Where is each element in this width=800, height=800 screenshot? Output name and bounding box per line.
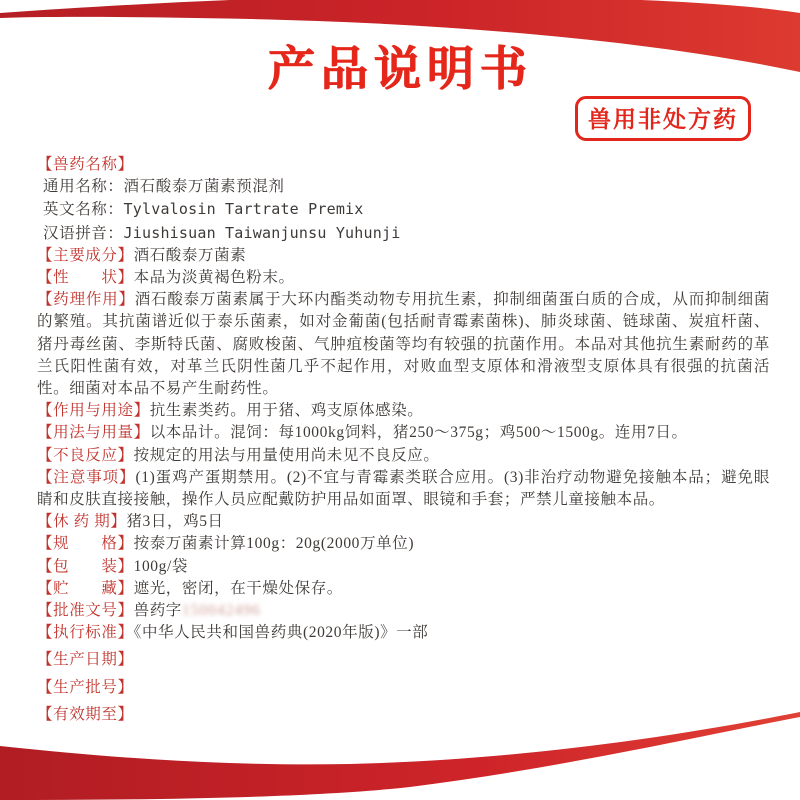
field-label: 【注意事项】	[37, 469, 135, 486]
spec-row: 【用法与用量】以本品计。混饲：每1000kg饲料，猪250～375g；鸡500～…	[37, 422, 770, 444]
page-title: 产品说明书	[0, 32, 800, 99]
field-label: 【性 状】	[37, 269, 134, 286]
field-label: 【休 药 期】	[37, 513, 126, 530]
spec-entries: 【主要成分】酒石酸泰万菌素【性 状】本品为淡黄褐色粉末。【药理作用】酒石酸泰万菌…	[37, 245, 770, 726]
field-label: 【用法与用量】	[37, 424, 150, 441]
field-label: 【药理作用】	[37, 291, 135, 308]
spec-row: 【作用与用途】抗生素类药。用于猪、鸡支原体感染。	[37, 400, 770, 422]
field-value: 本品为淡黄褐色粉末。	[134, 269, 295, 286]
spec-row: 【批准文号】兽药字150042496	[37, 600, 770, 622]
spec-row: 【药理作用】酒石酸泰万菌素属于大环内酯类动物专用抗生素，抑制细菌蛋白质的合成，从…	[37, 289, 770, 400]
field-label: 【生产日期】	[37, 651, 134, 668]
spec-row: 【生产批号】	[37, 677, 770, 699]
spec-row: 【包 装】100g/袋	[37, 556, 770, 578]
leaflet-body: 【兽药名称】 通用名称：酒石酸泰万菌素预混剂英文名称：Tylvalosin Ta…	[37, 154, 770, 726]
name-row-value: 酒石酸泰万菌素预混剂	[124, 178, 285, 195]
spec-row: 【不良反应】按规定的用法与用量使用尚未见不良反应。	[37, 445, 770, 467]
name-row: 英文名称：Tylvalosin Tartrate Premix	[37, 198, 770, 221]
field-label: 【有效期至】	[37, 706, 134, 723]
name-row-key: 通用名称：	[43, 178, 124, 195]
field-value: 酒石酸泰万菌素	[134, 247, 247, 264]
spec-row: 【贮 藏】遮光，密闭，在干燥处保存。	[37, 578, 770, 600]
field-label: 【兽药名称】	[37, 156, 134, 173]
field-label: 【贮 藏】	[37, 580, 134, 597]
field-value: 兽药字	[134, 602, 182, 619]
field-label: 【不良反应】	[37, 447, 134, 464]
spec-row: 【休 药 期】猪3日，鸡5日	[37, 511, 770, 533]
field-value: (1)蛋鸡产蛋期禁用。(2)不宜与青霉素类联合应用。(3)非治疗动物避免接触本品…	[37, 469, 770, 508]
name-row-value: Tylvalosin Tartrate Premix	[124, 200, 364, 218]
field-label: 【主要成分】	[37, 247, 134, 264]
field-label: 【生产批号】	[37, 679, 134, 696]
spec-row: 【主要成分】酒石酸泰万菌素	[37, 245, 770, 267]
spec-row: 【生产日期】	[37, 649, 770, 671]
field-value: 按规定的用法与用量使用尚未见不良反应。	[134, 447, 440, 464]
spec-row: 【性 状】本品为淡黄褐色粉末。	[37, 267, 770, 289]
spec-row: 【有效期至】	[37, 704, 770, 726]
approval-number-blurred: 150042496	[182, 602, 261, 619]
otc-drug-badge: 兽用非处方药	[575, 96, 751, 141]
name-row-key: 英文名称：	[43, 201, 124, 218]
field-label: 【执行标准】	[37, 624, 134, 641]
drug-name-rows: 通用名称：酒石酸泰万菌素预混剂英文名称：Tylvalosin Tartrate …	[37, 176, 770, 245]
field-label: 【批准文号】	[37, 602, 134, 619]
name-row-value: Jiushisuan Taiwanjunsu Yuhunji	[124, 224, 401, 242]
name-row: 汉语拼音：Jiushisuan Taiwanjunsu Yuhunji	[37, 222, 770, 245]
field-value: 抗生素类药。用于猪、鸡支原体感染。	[150, 402, 424, 419]
field-value: 100g/袋	[134, 558, 188, 575]
product-leaflet: 产品说明书 兽用非处方药 【兽药名称】 通用名称：酒石酸泰万菌素预混剂英文名称：…	[0, 0, 800, 800]
spec-row: 【注意事项】(1)蛋鸡产蛋期禁用。(2)不宜与青霉素类联合应用。(3)非治疗动物…	[37, 467, 770, 511]
spec-row: 【规 格】按泰万菌素计算100g：20g(2000万单位)	[37, 533, 770, 555]
field-label: 【作用与用途】	[37, 402, 150, 419]
name-row-key: 汉语拼音：	[43, 225, 124, 242]
name-row: 通用名称：酒石酸泰万菌素预混剂	[37, 176, 770, 198]
field-value: 猪3日，鸡5日	[126, 513, 223, 530]
field-value: 按泰万菌素计算100g：20g(2000万单位)	[134, 535, 414, 552]
field-value: 遮光，密闭，在干燥处保存。	[134, 580, 343, 597]
spec-row: 【执行标准】《中华人民共和国兽药典(2020年版)》一部	[37, 622, 770, 644]
field-label: 【规 格】	[37, 535, 134, 552]
drug-name-section-label: 【兽药名称】	[37, 154, 770, 176]
field-label: 【包 装】	[37, 558, 134, 575]
field-value: 《中华人民共和国兽药典(2020年版)》一部	[134, 624, 429, 641]
field-value: 酒石酸泰万菌素属于大环内酯类动物专用抗生素，抑制细菌蛋白质的合成，从而抑制细菌的…	[37, 291, 770, 397]
field-value: 以本品计。混饲：每1000kg饲料，猪250～375g；鸡500～1500g。连…	[150, 424, 688, 441]
